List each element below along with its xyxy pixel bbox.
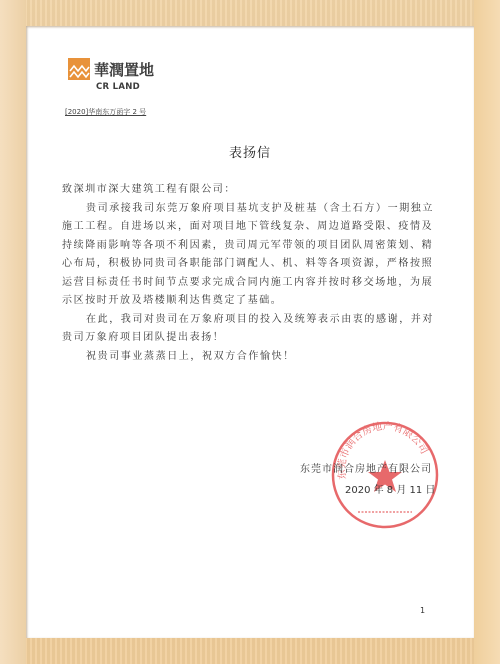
logo-chinese-name: 華潤置地 (94, 59, 154, 80)
company-seal: 东莞市润合房地产有限公司 (330, 420, 440, 530)
letter-title: 表扬信 (0, 142, 500, 161)
paragraph-2: 在此，我司对贵司在万象府项目的投入及统筹表示由衷的感谢，并对贵司万象府项目团队提… (62, 311, 442, 348)
paragraph-3: 祝贵司事业蒸蒸日上，祝双方合作愉快！ (62, 348, 442, 367)
letter-body: 致深圳市深大建筑工程有限公司： 贵司承接我司东莞万象府项目基坑支护及桩基（含土石… (62, 181, 442, 366)
cr-land-logo: 華潤置地 CR LAND (68, 58, 178, 94)
page-number: 1 (420, 606, 425, 615)
signatory-company: 东莞市润合房地产有限公司 (300, 460, 432, 475)
paragraph-1: 贵司承接我司东莞万象府项目基坑支护及桩基（含土石方）一期独立施工工程。自进场以来… (62, 200, 442, 311)
letter-date: 2020 年 8 月 11 日 (345, 481, 435, 496)
frame-right-edge (474, 0, 500, 664)
cr-land-logo-icon (68, 58, 90, 80)
frame-left-edge (0, 0, 26, 664)
salutation: 致深圳市深大建筑工程有限公司： (62, 181, 442, 200)
logo-english-name: CR LAND (96, 82, 140, 92)
reference-number: [2020]华南东万函字 2 号 (65, 107, 146, 117)
